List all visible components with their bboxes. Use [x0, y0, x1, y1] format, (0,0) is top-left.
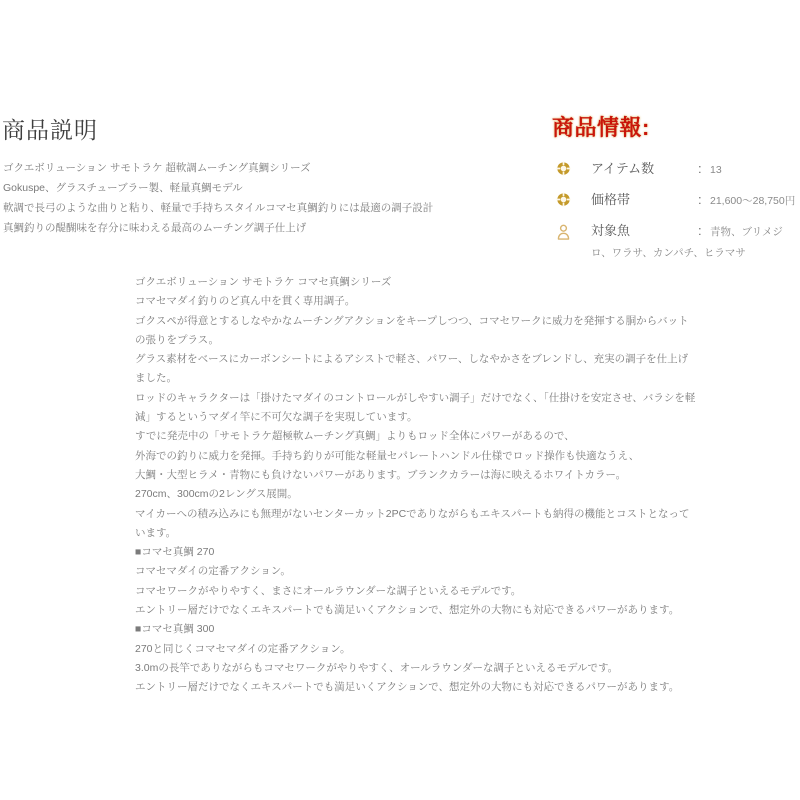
info-separator: :: [698, 190, 710, 210]
info-label: アイテム数: [591, 159, 698, 179]
product-info-panel: 商品情報: アイテム数:13 価: [552, 112, 800, 273]
info-row-item-count: アイテム数:13: [552, 159, 800, 180]
product-detail-page: 商品説明 ゴクエボリューション サモトラケ 超軟調ムーチング真鯛シリーズ Gok…: [0, 0, 800, 800]
detail-subheading-komase-270: ■コマセ真鯛 270: [135, 543, 697, 562]
info-separator: :: [698, 159, 710, 179]
info-row-text: 価格帯:21,600〜28,750円: [591, 190, 799, 211]
detail-line: 外海での釣りに威力を発揮。手持ち釣りが可能な軽量セパレートハンドル仕様でロッド操…: [135, 447, 697, 466]
description-summary: ゴクエボリューション サモトラケ 超軟調ムーチング真鯛シリーズ Gokuspe、…: [3, 158, 548, 238]
detail-line: 270cm、300cmの2レングス展開。: [135, 485, 697, 504]
detail-line: 3.0mの長竿でありながらもコマセワークがやりやすく、オールラウンダーな調子とい…: [135, 659, 697, 678]
detail-line: すでに発売中の「サモトラケ超極軟ムーチング真鯛」よりもロッド全体にパワーがあるの…: [135, 427, 697, 446]
detail-line: 大鯛・大型ヒラメ・青物にも負けないパワーがあります。ブランクカラーは海に映えるホ…: [135, 466, 697, 485]
description-summary-line: 真鯛釣りの醍醐味を存分に味わえる最高のムーチング調子仕上げ: [3, 218, 548, 238]
info-row-text: 対象魚:青物、ブリメジロ、ワラサ、カンパチ、ヒラマサ: [591, 221, 799, 263]
info-row-target-fish: 対象魚:青物、ブリメジロ、ワラサ、カンパチ、ヒラマサ: [552, 221, 800, 263]
detail-line: ゴクエボリューション サモトラケ コマセ真鯛シリーズ: [135, 273, 697, 292]
detail-line: ロッドのキャラクターは「掛けたマダイのコントロールがしやすい調子」だけでなく、「…: [135, 389, 697, 428]
description-summary-line: 軟調で長弓のような曲りと粘り、軽量で手持ちスタイルコマセ真鯛釣りには最適の調子設…: [3, 198, 548, 218]
description-summary-line: Gokuspe、グラスチューブラー製、軽量真鯛モデル: [3, 178, 548, 198]
product-info-title: 商品情報:: [552, 112, 800, 144]
info-row-text: アイテム数:13: [591, 159, 799, 180]
lifebuoy-icon: [556, 192, 572, 210]
detail-line: コマセマダイの定番アクション。: [135, 562, 697, 581]
description-summary-line: ゴクエボリューション サモトラケ 超軟調ムーチング真鯛シリーズ: [3, 158, 548, 178]
detail-line: グラス素材をベースにカーボンシートによるアシストで軽さ、パワー、しなやかさをブレ…: [135, 350, 697, 389]
detail-line: コマセマダイ釣りのど真ん中を貫く専用調子。: [135, 292, 697, 311]
detail-line: 270と同じくコマセマダイの定番アクション。: [135, 640, 697, 659]
description-section-title: 商品説明: [2, 114, 98, 146]
detail-description: ゴクエボリューション サモトラケ コマセ真鯛シリーズ コマセマダイ釣りのど真ん中…: [135, 273, 697, 698]
detail-line: コマセワークがやりやすく、まさにオールラウンダーな調子といえるモデルです。: [135, 582, 697, 601]
detail-line: ゴクスペが得意とするしなやかなムーチングアクションをキープしつつ、コマセワークに…: [135, 312, 697, 351]
detail-line: エントリー層だけでなくエキスパートでも満足いくアクションで、想定外の大物にも対応…: [135, 678, 697, 697]
info-value-item-count: 13: [710, 164, 722, 176]
info-separator: :: [698, 221, 710, 241]
info-label: 対象魚: [591, 221, 698, 241]
info-label: 価格帯: [591, 190, 698, 210]
lifebuoy-icon: [556, 161, 572, 179]
detail-line: マイカーへの積み込みにも無理がないセンターカット2PCでありながらもエキスパート…: [135, 505, 697, 544]
person-icon: [556, 223, 572, 241]
detail-line: エントリー層だけでなくエキスパートでも満足いくアクションで、想定外の大物にも対応…: [135, 601, 697, 620]
info-row-price-range: 価格帯:21,600〜28,750円: [552, 190, 800, 211]
info-value-price-range: 21,600〜28,750円: [710, 195, 795, 207]
detail-subheading-komase-300: ■コマセ真鯛 300: [135, 620, 697, 639]
